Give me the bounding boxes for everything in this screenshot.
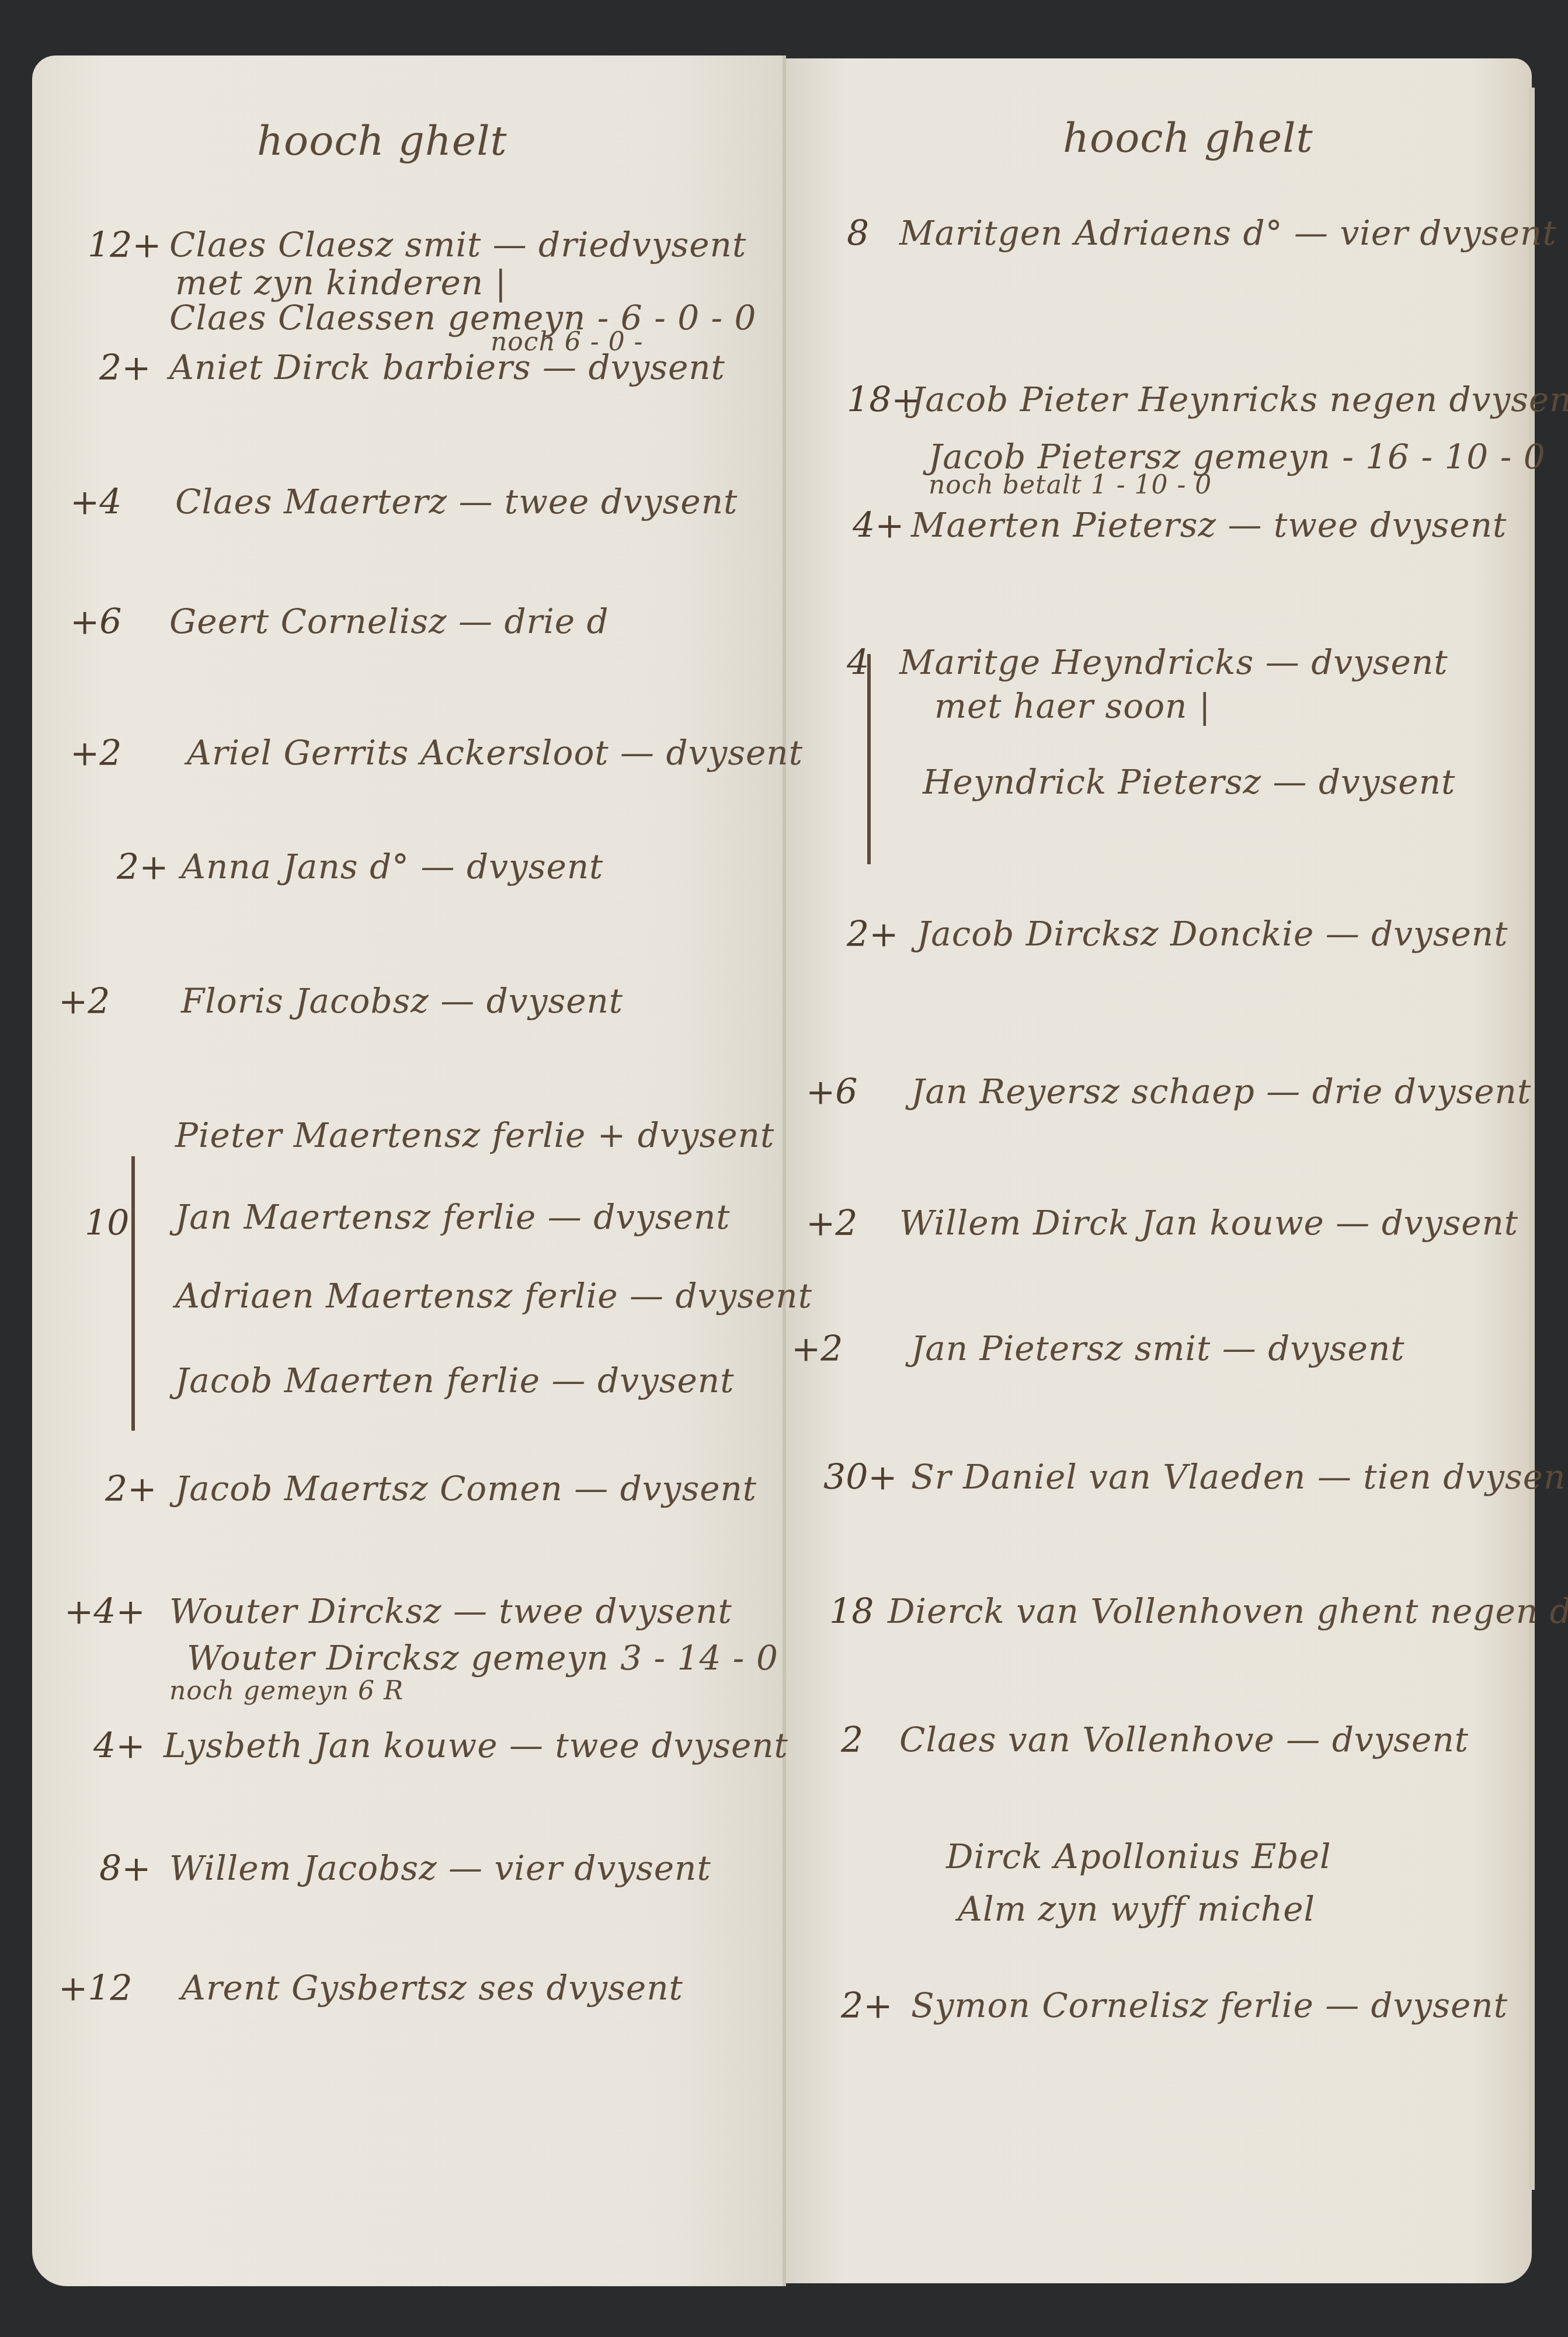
ledger-line: met zyn kinderen |: [175, 263, 507, 302]
entry-marker: 2: [841, 1720, 863, 1761]
ledger-line: Claes van Vollenhove — dvysent: [899, 1720, 1469, 1759]
ledger-line: Heyndrick Pietersz — dvysent: [923, 762, 1455, 802]
ledger-line: Aniet Dirck barbiers — dvysent: [169, 347, 725, 387]
entry-marker: 18+: [847, 380, 921, 420]
entry-marker: +2: [58, 981, 110, 1022]
ledger-line: Jan Reyersz schaep — drie dvysent: [911, 1072, 1531, 1111]
entry-marker: 8: [847, 213, 869, 254]
entry-marker: 4: [847, 642, 869, 683]
entry-marker: 2+: [105, 1469, 157, 1510]
ledger-line: Claes Maerterz — twee dvysent: [175, 482, 738, 521]
entry-marker: 18: [829, 1591, 874, 1632]
entry-marker: +12: [58, 1968, 133, 2009]
ledger-line: Anna Jans d° — dvysent: [181, 847, 603, 886]
left-manuscript-page: [32, 55, 785, 2286]
ledger-line: Wouter Dircksz — twee dvysent: [169, 1591, 732, 1631]
entry-marker: +2: [806, 1203, 857, 1244]
ledger-line: Geert Cornelisz — drie d: [169, 601, 609, 641]
entry-marker: +2: [70, 733, 121, 774]
ledger-line: Jan Pietersz smit — dvysent: [911, 1329, 1405, 1368]
ledger-line: Maritgen Adriaens d° — vier dvysent: [899, 213, 1557, 253]
entry-marker: +2: [791, 1329, 843, 1369]
ledger-line: Maritge Heyndricks — dvysent: [899, 642, 1448, 682]
entry-marker: +4+: [64, 1591, 145, 1632]
entry-marker: 4+: [853, 505, 904, 546]
ledger-line: Jacob Dircksz Donckie — dvysent: [917, 914, 1508, 954]
ledger-line: noch betalt 1 - 10 - 0: [929, 470, 1212, 500]
entry-marker: 2+: [841, 1985, 892, 2026]
ledger-line: Wouter Dircksz gemeyn 3 - 14 - 0: [187, 1638, 778, 1678]
entry-marker: +6: [806, 1072, 857, 1112]
ledger-line: Alm zyn wyff michel: [958, 1889, 1315, 1929]
ledger-line: Jacob Maertsz Comen — dvysent: [175, 1469, 757, 1508]
bracket-stroke: [131, 1156, 135, 1431]
entry-marker: 4+: [93, 1726, 145, 1766]
ledger-line: Willem Jacobsz — vier dvysent: [169, 1848, 711, 1888]
ledger-line: Jan Maertensz ferlie — dvysent: [175, 1197, 731, 1237]
entry-marker: 2+: [99, 347, 151, 388]
ledger-line: Symon Cornelisz ferlie — dvysent: [911, 1985, 1508, 2025]
entry-marker: 30+: [823, 1457, 898, 1498]
bracket-count: 10: [85, 1203, 129, 1244]
ledger-line: Maerten Pietersz — twee dvysent: [911, 505, 1507, 545]
entry-marker: +6: [70, 601, 121, 642]
ledger-line: Ariel Gerrits Ackersloot — dvysent: [187, 733, 803, 773]
bracket-stroke: [867, 654, 871, 864]
ledger-line: Arent Gysbertsz ses dvysent: [181, 1968, 683, 2008]
entry-marker: +4: [70, 482, 121, 523]
ledger-line: Claes Claesz smit — driedvysent: [169, 225, 746, 265]
entry-marker: 8+: [99, 1848, 151, 1889]
ledger-line: Sr Daniel van Vlaeden — tien dvysent: [911, 1457, 1568, 1497]
ledger-line: Dirck Apollonius Ebel: [946, 1837, 1331, 1876]
ledger-line: Jacob Maerten ferlie — dvysent: [175, 1361, 734, 1400]
ledger-line: Floris Jacobsz — dvysent: [181, 981, 623, 1021]
right-page-heading: hooch ghelt: [1063, 114, 1313, 162]
ledger-line: Jacob Pieter Heynricks negen dvysent: [911, 380, 1568, 419]
ledger-line: Willem Dirck Jan kouwe — dvysent: [899, 1203, 1518, 1243]
ledger-line: Adriaen Maertensz ferlie — dvysent: [175, 1276, 812, 1316]
ledger-line: Dierck van Vollenhoven ghent negen d: [888, 1591, 1568, 1631]
book-gutter: [783, 55, 786, 2286]
entry-marker: 2+: [117, 847, 168, 888]
ledger-line: noch gemeyn 6 R: [169, 1676, 404, 1706]
ledger-line: Lysbeth Jan kouwe — twee dvysent: [164, 1726, 788, 1765]
entry-marker: 12+: [88, 225, 162, 266]
entry-marker: 2+: [847, 914, 898, 955]
ledger-line: Pieter Maertensz ferlie + dvysent: [175, 1115, 774, 1155]
ledger-line: met haer soon |: [934, 686, 1211, 726]
left-page-heading: hooch ghelt: [257, 117, 507, 165]
ledger-line: Claes Claessen gemeyn - 6 - 0 - 0: [169, 298, 757, 338]
